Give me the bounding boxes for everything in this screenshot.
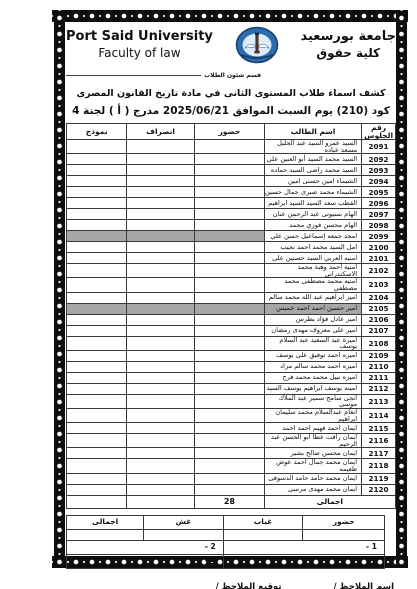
seat-number-cell: 2092 (362, 154, 396, 165)
model-cell (67, 408, 127, 422)
summary-total-header: اجمالى (67, 515, 144, 529)
present-cell (195, 314, 265, 325)
table-row: 2108اميرة عبد السعيد عبد السلام يوسف (67, 336, 396, 350)
summary-cheating-header: غش (144, 515, 224, 529)
present-cell (195, 459, 265, 473)
model-cell (67, 220, 127, 231)
leave-cell (127, 140, 195, 154)
model-cell (67, 176, 127, 187)
present-cell (195, 394, 265, 408)
student-name-cell: اميره احمد توفيق على يوسف (264, 350, 361, 361)
leave-cell (127, 423, 195, 434)
student-name-cell: السيد محمد راضى السيد حماده (264, 165, 361, 176)
summary-numbered-row: - 1 - 2 (67, 540, 385, 554)
faculty-name-en: Faculty of law (66, 46, 213, 61)
totals-row: اجمالى 28 (67, 495, 396, 508)
student-name-cell: انجى سامح سمير عبد الملاك موسى (264, 394, 361, 408)
model-cell (67, 278, 127, 292)
table-row: 2117ايمان محسن صالح بشير (67, 448, 396, 459)
student-name-cell: امل السيد محمد احمد نجيب (264, 242, 361, 253)
seat-number-cell: 2106 (362, 314, 396, 325)
present-cell (195, 423, 265, 434)
numbered-line-4: - 4 (67, 554, 224, 568)
present-cell (195, 176, 265, 187)
model-cell (67, 394, 127, 408)
totals-label-cell: اجمالى (264, 495, 395, 508)
table-row: 2116ايمان رافت عطا ابو الحسن عبد الرحيم (67, 434, 396, 448)
present-header: حضور (195, 124, 265, 140)
seat-number-cell: 2101 (362, 253, 396, 264)
present-cell (195, 278, 265, 292)
seat-number-cell: 2107 (362, 325, 396, 336)
leave-cell (127, 372, 195, 383)
summary-empty-cell (303, 529, 385, 540)
model-cell (67, 434, 127, 448)
seat-number-cell: 2100 (362, 242, 396, 253)
present-cell (195, 325, 265, 336)
seat-number-cell: 2097 (362, 209, 396, 220)
model-cell (67, 253, 127, 264)
student-name-cell: اميره احمد محمد سالم مراد (264, 361, 361, 372)
present-cell (195, 383, 265, 394)
attendance-sheet-page: Port Said University Faculty of law جامع… (0, 0, 417, 589)
present-count-cell: 28 (195, 495, 265, 508)
leave-cell (127, 264, 195, 278)
leave-total-cell (127, 495, 195, 508)
leave-cell (127, 484, 195, 495)
model-cell (67, 372, 127, 383)
leave-cell (127, 154, 195, 165)
summary-table: حضور غياب غش اجمالى - 1 - 2 (66, 515, 385, 569)
attendance-table: رقم الجلوس اسم الطالب حضور انصراف نموذج … (66, 123, 396, 509)
leave-cell (127, 303, 195, 314)
student-name-cell: ايمان محسن صالح بشير (264, 448, 361, 459)
present-cell (195, 484, 265, 495)
student-name-cell: ايمان رافت عطا ابو الحسن عبد الرحيم (264, 434, 361, 448)
model-cell (67, 473, 127, 484)
leave-cell (127, 314, 195, 325)
summary-absent-header: غياب (223, 515, 303, 529)
faculty-name-ar: كلية حقوق (300, 46, 396, 62)
model-cell (67, 303, 127, 314)
seat-number-cell: 2091 (362, 140, 396, 154)
leave-cell (127, 220, 195, 231)
university-name-ar-line1: جامعة بورسعيد (300, 29, 396, 46)
leave-cell (127, 278, 195, 292)
footer-signature-line: اسم الملاحظ / توقيع الملاحظ / (66, 582, 396, 589)
ornamental-border-right (396, 10, 407, 568)
divider-rule (66, 75, 201, 76)
model-cell (67, 361, 127, 372)
model-total-cell (67, 495, 127, 508)
table-row: 2114انغام عبدالسلام محمد سليمان ابراهيم (67, 408, 396, 422)
present-cell (195, 220, 265, 231)
attendance-table-header-row: رقم الجلوس اسم الطالب حضور انصراف نموذج (67, 124, 396, 140)
model-cell (67, 140, 127, 154)
student-name-header: اسم الطالب (264, 124, 361, 140)
university-name-en: Port Said University Faculty of law (66, 29, 213, 60)
present-cell (195, 187, 265, 198)
numbered-line-2: - 2 (67, 540, 224, 554)
leave-cell (127, 176, 195, 187)
present-cell (195, 292, 265, 303)
university-logo-graphic (235, 26, 279, 64)
numbered-line-3: - 3 (223, 554, 384, 568)
table-row: 2096القطب سعد السيد السيد ابراهيم (67, 198, 396, 209)
table-row: 2109اميره احمد توفيق على يوسف (67, 350, 396, 361)
table-row: 2099امجد جمعه إسماعيل حسن علي (67, 231, 396, 242)
model-cell (67, 242, 127, 253)
observer-name-label: اسم الملاحظ / (334, 582, 394, 589)
student-name-cell: الهام بسيونى عبد الرحمن عنان (264, 209, 361, 220)
model-cell (67, 198, 127, 209)
model-cell (67, 154, 127, 165)
student-name-cell: اميرة عبد السعيد عبد السلام يوسف (264, 336, 361, 350)
model-cell (67, 484, 127, 495)
student-name-cell: ايمان محمد حامد حامد الدسوقى (264, 473, 361, 484)
student-name-cell: اميره نبيل محمد محمد فرج (264, 372, 361, 383)
summary-empty-cell (144, 529, 224, 540)
student-name-cell: امنيه أحمد وهبة محمد الاسكندرانى (264, 264, 361, 278)
leave-cell (127, 448, 195, 459)
student-name-cell: ايمان احمد فهيم احمد احمد (264, 423, 361, 434)
table-row: 2093السيد محمد راضى السيد حماده (67, 165, 396, 176)
model-cell (67, 231, 127, 242)
seat-number-cell: 2099 (362, 231, 396, 242)
summary-present-header: حضور (303, 515, 385, 529)
leave-cell (127, 383, 195, 394)
student-name-cell: امنيه محمد مصطفى محمد مصطفى (264, 278, 361, 292)
university-name-en-line1: Port Said University (66, 29, 213, 45)
student-name-cell: ايمان محمد مهدى مرسى (264, 484, 361, 495)
student-name-cell: امير عادل فؤاد بطرس (264, 314, 361, 325)
table-row: 2103امنيه محمد مصطفى محمد مصطفى (67, 278, 396, 292)
sheet-title: كشف اسماء طلاب المستوى الثانى في مادة تا… (66, 88, 396, 99)
leave-cell (127, 473, 195, 484)
table-row: 2104امير ابراهيم عبد الله محمد سالم (67, 292, 396, 303)
leave-cell (127, 394, 195, 408)
model-cell (67, 423, 127, 434)
seat-number-cell: 2117 (362, 448, 396, 459)
seat-number-cell: 2113 (362, 394, 396, 408)
model-cell (67, 448, 127, 459)
summary-empty-row (67, 529, 385, 540)
student-name-cell: امينه يوسف ابراهيم يوسف السيد (264, 383, 361, 394)
model-cell (67, 292, 127, 303)
seat-number-cell: 2094 (362, 176, 396, 187)
present-cell (195, 154, 265, 165)
table-row: 2091السيد عمرو السيد عبد الجليل مسعد عبا… (67, 140, 396, 154)
table-row: 2115ايمان احمد فهيم احمد احمد (67, 423, 396, 434)
present-cell (195, 231, 265, 242)
exam-session-title: كود (210) يوم السبت الموافق 2025/06/21 م… (66, 105, 396, 117)
seat-number-cell: 2110 (362, 361, 396, 372)
present-cell (195, 350, 265, 361)
table-row: 2094الشيماء امين حسنى امين (67, 176, 396, 187)
student-name-cell: انغام عبدالسلام محمد سليمان ابراهيم (264, 408, 361, 422)
leave-cell (127, 325, 195, 336)
table-row: 2106امير عادل فؤاد بطرس (67, 314, 396, 325)
table-row: 2113انجى سامح سمير عبد الملاك موسى (67, 394, 396, 408)
present-cell (195, 303, 265, 314)
numbered-line-1: - 1 (223, 540, 384, 554)
seat-number-cell: 2115 (362, 423, 396, 434)
present-cell (195, 198, 265, 209)
seat-number-cell: 2105 (362, 303, 396, 314)
model-cell (67, 325, 127, 336)
leave-cell (127, 434, 195, 448)
table-row: 2119ايمان محمد حامد حامد الدسوقى (67, 473, 396, 484)
seat-number-cell: 2112 (362, 383, 396, 394)
summary-empty-cell (223, 529, 303, 540)
present-cell (195, 264, 265, 278)
table-row: 2110اميره احمد محمد سالم مراد (67, 361, 396, 372)
model-cell (67, 209, 127, 220)
leave-cell (127, 209, 195, 220)
present-cell (195, 434, 265, 448)
department-label: قسم شئون الطلاب (201, 72, 264, 79)
seat-number-cell: 2096 (362, 198, 396, 209)
leave-cell (127, 231, 195, 242)
present-cell (195, 165, 265, 176)
table-row: 2107امير على معروف مهدى رمضان (67, 325, 396, 336)
table-row: 2098الهام محسن فوزي محمد (67, 220, 396, 231)
seat-number-cell: 2111 (362, 372, 396, 383)
table-row: 2097الهام بسيونى عبد الرحمن عنان (67, 209, 396, 220)
present-cell (195, 361, 265, 372)
present-cell (195, 372, 265, 383)
seat-number-cell: 2118 (362, 459, 396, 473)
leave-cell (127, 459, 195, 473)
university-name-ar: جامعة بورسعيد كلية حقوق (300, 29, 396, 61)
leave-cell (127, 336, 195, 350)
leave-cell (127, 253, 195, 264)
leave-cell (127, 292, 195, 303)
table-row: 2100امل السيد محمد احمد نجيب (67, 242, 396, 253)
ornamental-border-left (54, 10, 65, 568)
student-name-cell: ايمان محمد جمال احمد عوض طعيمه (264, 459, 361, 473)
model-cell (67, 459, 127, 473)
table-row: 2111اميره نبيل محمد محمد فرج (67, 372, 396, 383)
student-name-cell: الهام محسن فوزي محمد (264, 220, 361, 231)
leave-cell (127, 242, 195, 253)
seat-number-cell: 2095 (362, 187, 396, 198)
present-cell (195, 336, 265, 350)
seat-number-header: رقم الجلوس (362, 124, 396, 140)
leave-cell (127, 350, 195, 361)
seat-number-cell: 2114 (362, 408, 396, 422)
model-header: نموذج (67, 124, 127, 140)
leave-cell (127, 361, 195, 372)
seat-number-cell: 2109 (362, 350, 396, 361)
seat-number-cell: 2103 (362, 278, 396, 292)
present-cell (195, 473, 265, 484)
present-cell (195, 448, 265, 459)
table-row: 2120ايمان محمد مهدى مرسى (67, 484, 396, 495)
model-cell (67, 350, 127, 361)
observer-signature-label: توقيع الملاحظ / (216, 582, 282, 589)
model-cell (67, 314, 127, 325)
student-name-cell: امير ابراهيم عبد الله محمد سالم (264, 292, 361, 303)
seat-number-cell: 2120 (362, 484, 396, 495)
seat-number-cell: 2093 (362, 165, 396, 176)
student-name-cell: القطب سعد السيد السيد ابراهيم (264, 198, 361, 209)
seat-number-cell: 2116 (362, 434, 396, 448)
seat-number-cell: 2119 (362, 473, 396, 484)
present-cell (195, 408, 265, 422)
summary-empty-cell (67, 529, 144, 540)
page-content: Port Said University Faculty of law جامع… (66, 20, 396, 589)
leave-header: انصراف (127, 124, 195, 140)
student-name-cell: الشيماء امين حسنى امين (264, 176, 361, 187)
student-name-cell: امجد جمعه إسماعيل حسن علي (264, 231, 361, 242)
student-name-cell: السيد محمد السيد أبو العنين علي (264, 154, 361, 165)
model-cell (67, 187, 127, 198)
model-cell (67, 336, 127, 350)
leave-cell (127, 198, 195, 209)
present-cell (195, 140, 265, 154)
model-cell (67, 383, 127, 394)
seat-number-cell: 2102 (362, 264, 396, 278)
table-row: 2092السيد محمد السيد أبو العنين علي (67, 154, 396, 165)
table-row: 2095الشيماء محمد صبرى جمال حسين (67, 187, 396, 198)
table-row: 2112امينه يوسف ابراهيم يوسف السيد (67, 383, 396, 394)
student-name-cell: امير حسين احمد احمد خميس (264, 303, 361, 314)
university-header: Port Said University Faculty of law جامع… (66, 20, 396, 70)
present-cell (195, 253, 265, 264)
leave-cell (127, 165, 195, 176)
university-logo (235, 26, 279, 64)
seat-number-cell: 2098 (362, 220, 396, 231)
table-row: 2105امير حسين احمد احمد خميس (67, 303, 396, 314)
student-name-cell: امير على معروف مهدى رمضان (264, 325, 361, 336)
student-name-cell: السيد عمرو السيد عبد الجليل مسعد عباده (264, 140, 361, 154)
summary-header-row: حضور غياب غش اجمالى (67, 515, 385, 529)
summary-numbered-row: - 3 - 4 (67, 554, 385, 568)
table-row: 2118ايمان محمد جمال احمد عوض طعيمه (67, 459, 396, 473)
department-divider: قسم شئون الطلاب (66, 71, 396, 80)
seat-number-cell: 2104 (362, 292, 396, 303)
student-name-cell: الشيماء محمد صبرى جمال حسين (264, 187, 361, 198)
table-row: 2102امنيه أحمد وهبة محمد الاسكندرانى (67, 264, 396, 278)
seat-number-cell: 2108 (362, 336, 396, 350)
present-cell (195, 209, 265, 220)
model-cell (67, 165, 127, 176)
present-cell (195, 242, 265, 253)
model-cell (67, 264, 127, 278)
leave-cell (127, 408, 195, 422)
leave-cell (127, 187, 195, 198)
